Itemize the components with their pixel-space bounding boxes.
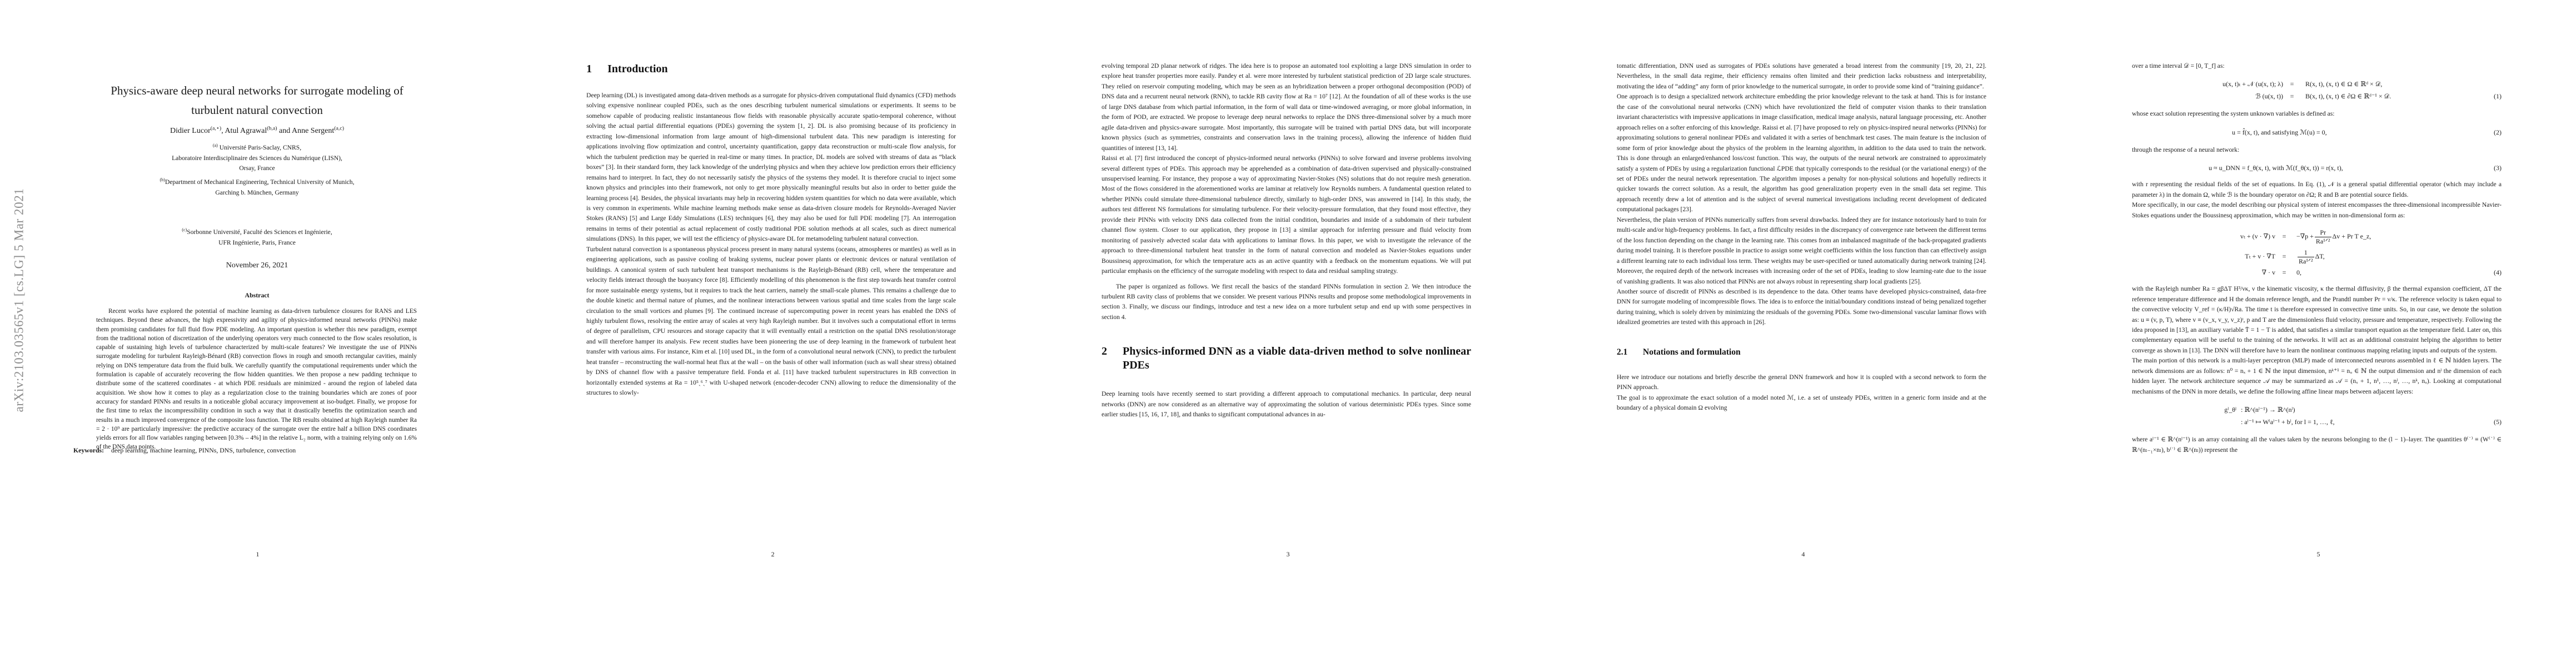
paragraph: Raissi et al. [7] first introduced the c…: [1102, 153, 1471, 276]
page-number: 4: [1546, 550, 2061, 559]
affiliation-a: (a) Université Paris-Saclay, CNRS, Labor…: [61, 143, 453, 174]
affil-line: Garching b. München, Germany: [61, 188, 453, 198]
section-title: Physics-informed DNN as a viable data-dr…: [1123, 345, 1471, 372]
paragraph: where aˡ⁻¹ ∈ ℝ^(nˡ⁻¹) is an array contai…: [2132, 435, 2502, 455]
section-title: Introduction: [607, 62, 668, 76]
paragraph: More specifically, in our case, the mode…: [2132, 200, 2502, 221]
page-number: 1: [0, 550, 515, 559]
section-heading: 2 Physics-informed DNN as a viable data-…: [1102, 345, 1471, 372]
affil-line: Laboratoire Interdisciplinaire des Scien…: [61, 153, 453, 164]
arxiv-identifier: arXiv:2103.03565v1 [cs.LG] 5 Mar 2021: [12, 188, 26, 412]
eq-term: ΔT,: [2315, 252, 2325, 260]
eq5-row1-rhs: : ℝ^(nˡ⁻¹) → ℝ^(nˡ): [2241, 404, 2295, 416]
page-5-body: over a time interval 𝒟 = [0, T_f] as: u(…: [2132, 61, 2502, 455]
eq4-row3-rhs: 0,: [2296, 266, 2301, 278]
page-number: 3: [1030, 550, 1546, 559]
arxiv-stamp: arXiv:2103.03565v1 [cs.LG] 5 Mar 2021: [8, 161, 30, 439]
section-1: 1 Introduction Deep learning (DL) is inv…: [586, 62, 956, 399]
page-3-body: evolving temporal 2D planar network of r…: [1102, 61, 1471, 420]
paragraph: tomatic differentiation, DNN used as sur…: [1617, 61, 1986, 92]
affil-mark: (b): [160, 177, 165, 182]
paragraph: whose exact solution representing the sy…: [2132, 109, 2502, 119]
author-list: Didier Lucor(a,⋆), Atul Agrawal(b,a) and…: [61, 127, 453, 136]
eq-equals: =: [2286, 90, 2298, 102]
denominator: Ra¹ᐟ²: [2298, 257, 2314, 266]
paragraph: through the response of a neural network…: [2132, 145, 2502, 155]
paragraph: The goal is to approximate the exact sol…: [1617, 393, 1986, 414]
affil-line: Department of Mechanical Engineering, Te…: [165, 178, 355, 186]
eq-equals: =: [2279, 226, 2290, 246]
eq-term: Δv + Pr T e_z,: [2333, 232, 2371, 240]
page-4: tomatic differentiation, DNN used as sur…: [1546, 0, 2061, 667]
eq1-row2-rhs: B(x, t), (x, t) ∈ ∂Ω ∈ ℝᵈ⁻¹ × 𝒟.: [2305, 90, 2391, 102]
paragraph: Turbulent natural convection is a sponta…: [586, 245, 956, 399]
subsection-number: 2.1: [1617, 347, 1643, 358]
affil-mark: (a): [213, 143, 218, 148]
title-line-2: turbulent natural convection: [61, 101, 453, 120]
paragraph: The paper is organized as follows. We fi…: [1102, 282, 1471, 323]
publication-date: November 26, 2021: [61, 261, 453, 270]
eq4-row2-rhs: 1Ra¹ᐟ²ΔT,: [2296, 246, 2325, 266]
keywords: Keywords: deep learning, machine learnin…: [73, 446, 446, 455]
page-4-body: tomatic differentiation, DNN used as sur…: [1617, 61, 1986, 414]
subsection-title: Notations and formulation: [1643, 347, 1741, 358]
denominator: Ra¹ᐟ²: [2315, 237, 2331, 246]
page-2: 1 Introduction Deep learning (DL) is inv…: [515, 0, 1030, 667]
equation-1: u(x, t)ₜ + 𝒩 (u(x, t); λ) = R(x, t), (x,…: [2132, 78, 2502, 102]
equation-3: u ≈ u_DNN = f_θ(x, t), with ℳ(f_θ(x, t))…: [2132, 162, 2502, 174]
page-number: 2: [515, 550, 1030, 559]
paragraph: Another source of discredit of PINNs as …: [1617, 287, 1986, 328]
affil-mark: (c): [182, 227, 187, 232]
paragraph: Deep learning (DL) is investigated among…: [586, 91, 956, 245]
eq3-body: u ≈ u_DNN = f_θ(x, t), with ℳ(f_θ(x, t))…: [2209, 162, 2343, 174]
paragraph: The main portion of this network is a mu…: [2132, 356, 2502, 397]
author-separator: and: [277, 127, 292, 135]
eq4-row1-lhs: vₜ + (v · ∇) v: [2132, 226, 2275, 246]
author-name: Anne Sergent: [292, 127, 334, 135]
eq5-row1-lhs: gˡ_θˡ: [2132, 404, 2236, 416]
section-heading: 1 Introduction: [586, 62, 956, 76]
equation-number: (1): [2494, 90, 2502, 102]
numerator: 1: [2298, 248, 2314, 257]
paragraph: Here we introduce our notations and brie…: [1617, 372, 1986, 393]
paragraph: over a time interval 𝒟 = [0, T_f] as:: [2132, 61, 2502, 71]
paragraph: with the Rayleigh number Ra = gβΔT H³/νκ…: [2132, 284, 2502, 356]
section-number: 2: [1102, 345, 1123, 372]
numerator: Pr: [2315, 228, 2331, 237]
eq1-row1-lhs: u(x, t)ₜ + 𝒩 (u(x, t); λ): [2132, 78, 2283, 90]
paragraph: evolving temporal 2D planar network of r…: [1102, 61, 1471, 153]
equation-number: (4): [2494, 266, 2502, 278]
paragraph: with r representing the residual fields …: [2132, 180, 2502, 200]
eq-equals: =: [2286, 78, 2298, 90]
eq-equals: =: [2279, 246, 2290, 266]
affil-line: Orsay, France: [61, 163, 453, 174]
eq4-row2-lhs: Tₜ + v · ∇T: [2132, 246, 2275, 266]
author-affil-mark: (b,a): [267, 125, 277, 131]
equation-2: u = f̂(x, t), and satisfying ℳ(u) = 0, (…: [2132, 126, 2502, 138]
equation-4: vₜ + (v · ∇) v = −∇p +PrRa¹ᐟ²Δv + Pr T e…: [2132, 226, 2502, 278]
title-line-1: Physics-aware deep neural networks for s…: [61, 81, 453, 101]
equation-number: (5): [2494, 416, 2502, 428]
eq5-row2-rhs: : aˡ⁻¹ ↦ Wˡaˡ⁻¹ + bˡ, for l = 1, …, ℓ,: [2241, 416, 2335, 428]
page-5: over a time interval 𝒟 = [0, T_f] as: u(…: [2061, 0, 2576, 667]
keywords-label: Keywords:: [73, 446, 104, 454]
author-name: Atul Agrawal: [225, 127, 267, 135]
eq-term: −∇p +: [2296, 232, 2314, 240]
affiliation-c: (c)Sorbonne Université, Faculté des Scie…: [61, 227, 453, 248]
page-3: evolving temporal 2D planar network of r…: [1030, 0, 1546, 667]
paragraph: One approach is to design a specialized …: [1617, 92, 1986, 215]
eq1-row1-rhs: R(x, t), (x, t) ∈ Ω ∈ ℝᵈ × 𝒟,: [2305, 78, 2382, 90]
abstract-heading: Abstract: [61, 291, 453, 300]
eq-equals: =: [2279, 266, 2290, 278]
eq1-row2-lhs: ℬ (u(x, t)): [2132, 90, 2283, 102]
paper-title: Physics-aware deep neural networks for s…: [61, 81, 453, 120]
subsection-heading: 2.1 Notations and formulation: [1617, 347, 1986, 358]
keywords-list: deep learning, machine learning, PINNs, …: [111, 446, 296, 454]
affil-line: Sorbonne Université, Faculté des Science…: [187, 228, 332, 236]
page-1: arXiv:2103.03565v1 [cs.LG] 5 Mar 2021 Ph…: [0, 0, 515, 667]
affil-line: Université Paris-Saclay, CNRS,: [220, 144, 301, 151]
equation-number: (3): [2494, 162, 2502, 174]
section-number: 1: [586, 62, 607, 76]
equation-5: gˡ_θˡ : ℝ^(nˡ⁻¹) → ℝ^(nˡ) : aˡ⁻¹ ↦ Wˡaˡ⁻…: [2132, 404, 2502, 428]
author-name: Didier Lucor: [170, 127, 211, 135]
eq4-row3-lhs: ∇ · v: [2132, 266, 2275, 278]
paragraph: Deep learning tools have recently seemed…: [1102, 389, 1471, 420]
fraction: PrRa¹ᐟ²: [2315, 228, 2331, 246]
eq4-row1-rhs: −∇p +PrRa¹ᐟ²Δv + Pr T e_z,: [2296, 226, 2371, 246]
affiliation-b: (b)Department of Mechanical Engineering,…: [61, 177, 453, 198]
eq2-body: u = f̂(x, t), and satisfying ℳ(u) = 0,: [2232, 126, 2327, 138]
equation-number: (2): [2494, 126, 2502, 138]
fraction: 1Ra¹ᐟ²: [2298, 248, 2314, 266]
page-number: 5: [2061, 550, 2576, 559]
abstract-body: Recent works have explored the potential…: [96, 307, 417, 452]
paragraph: Nevertheless, the plain version of PINNs…: [1617, 215, 1986, 287]
author-affil-mark: (a,c): [334, 125, 344, 131]
affil-line: UFR Ingénierie, Paris, France: [61, 238, 453, 248]
author-affil-mark: (a,⋆): [211, 125, 221, 131]
